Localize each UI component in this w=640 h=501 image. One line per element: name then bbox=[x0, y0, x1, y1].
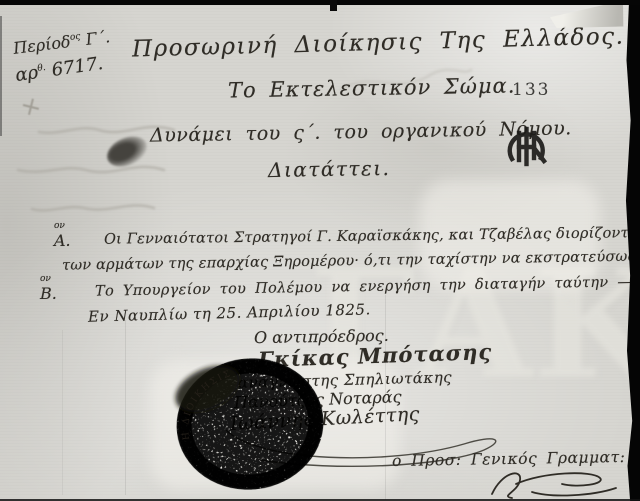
secretary-signature-flourish bbox=[482, 468, 632, 501]
scan-edge-left bbox=[0, 16, 2, 136]
heading-decree-verb: Διατάττει. bbox=[268, 156, 391, 182]
page-number: 133 bbox=[512, 80, 550, 100]
heading-executive-body: Το Εκτελεστικόν Σώμα. bbox=[228, 73, 516, 102]
scan-edge-notch bbox=[330, 0, 337, 11]
article-b-margin-label: ον Β. bbox=[40, 275, 57, 313]
fold-crease bbox=[62, 330, 63, 495]
executive-seal-stamp: Η ΔΙΟΙΚΗΣΙΣ bbox=[160, 348, 340, 501]
gak-monogram-stamp: ΓΑΚ bbox=[504, 122, 550, 170]
fold-crease bbox=[125, 320, 126, 495]
scan-edge-top bbox=[0, 0, 640, 5]
article-a-margin-label: ον Α. bbox=[54, 222, 71, 260]
scanned-document-photo: ΓΑΚ + Περίοδος Γ΄. αρθ. 6717. Προσωρινή … bbox=[0, 0, 640, 501]
